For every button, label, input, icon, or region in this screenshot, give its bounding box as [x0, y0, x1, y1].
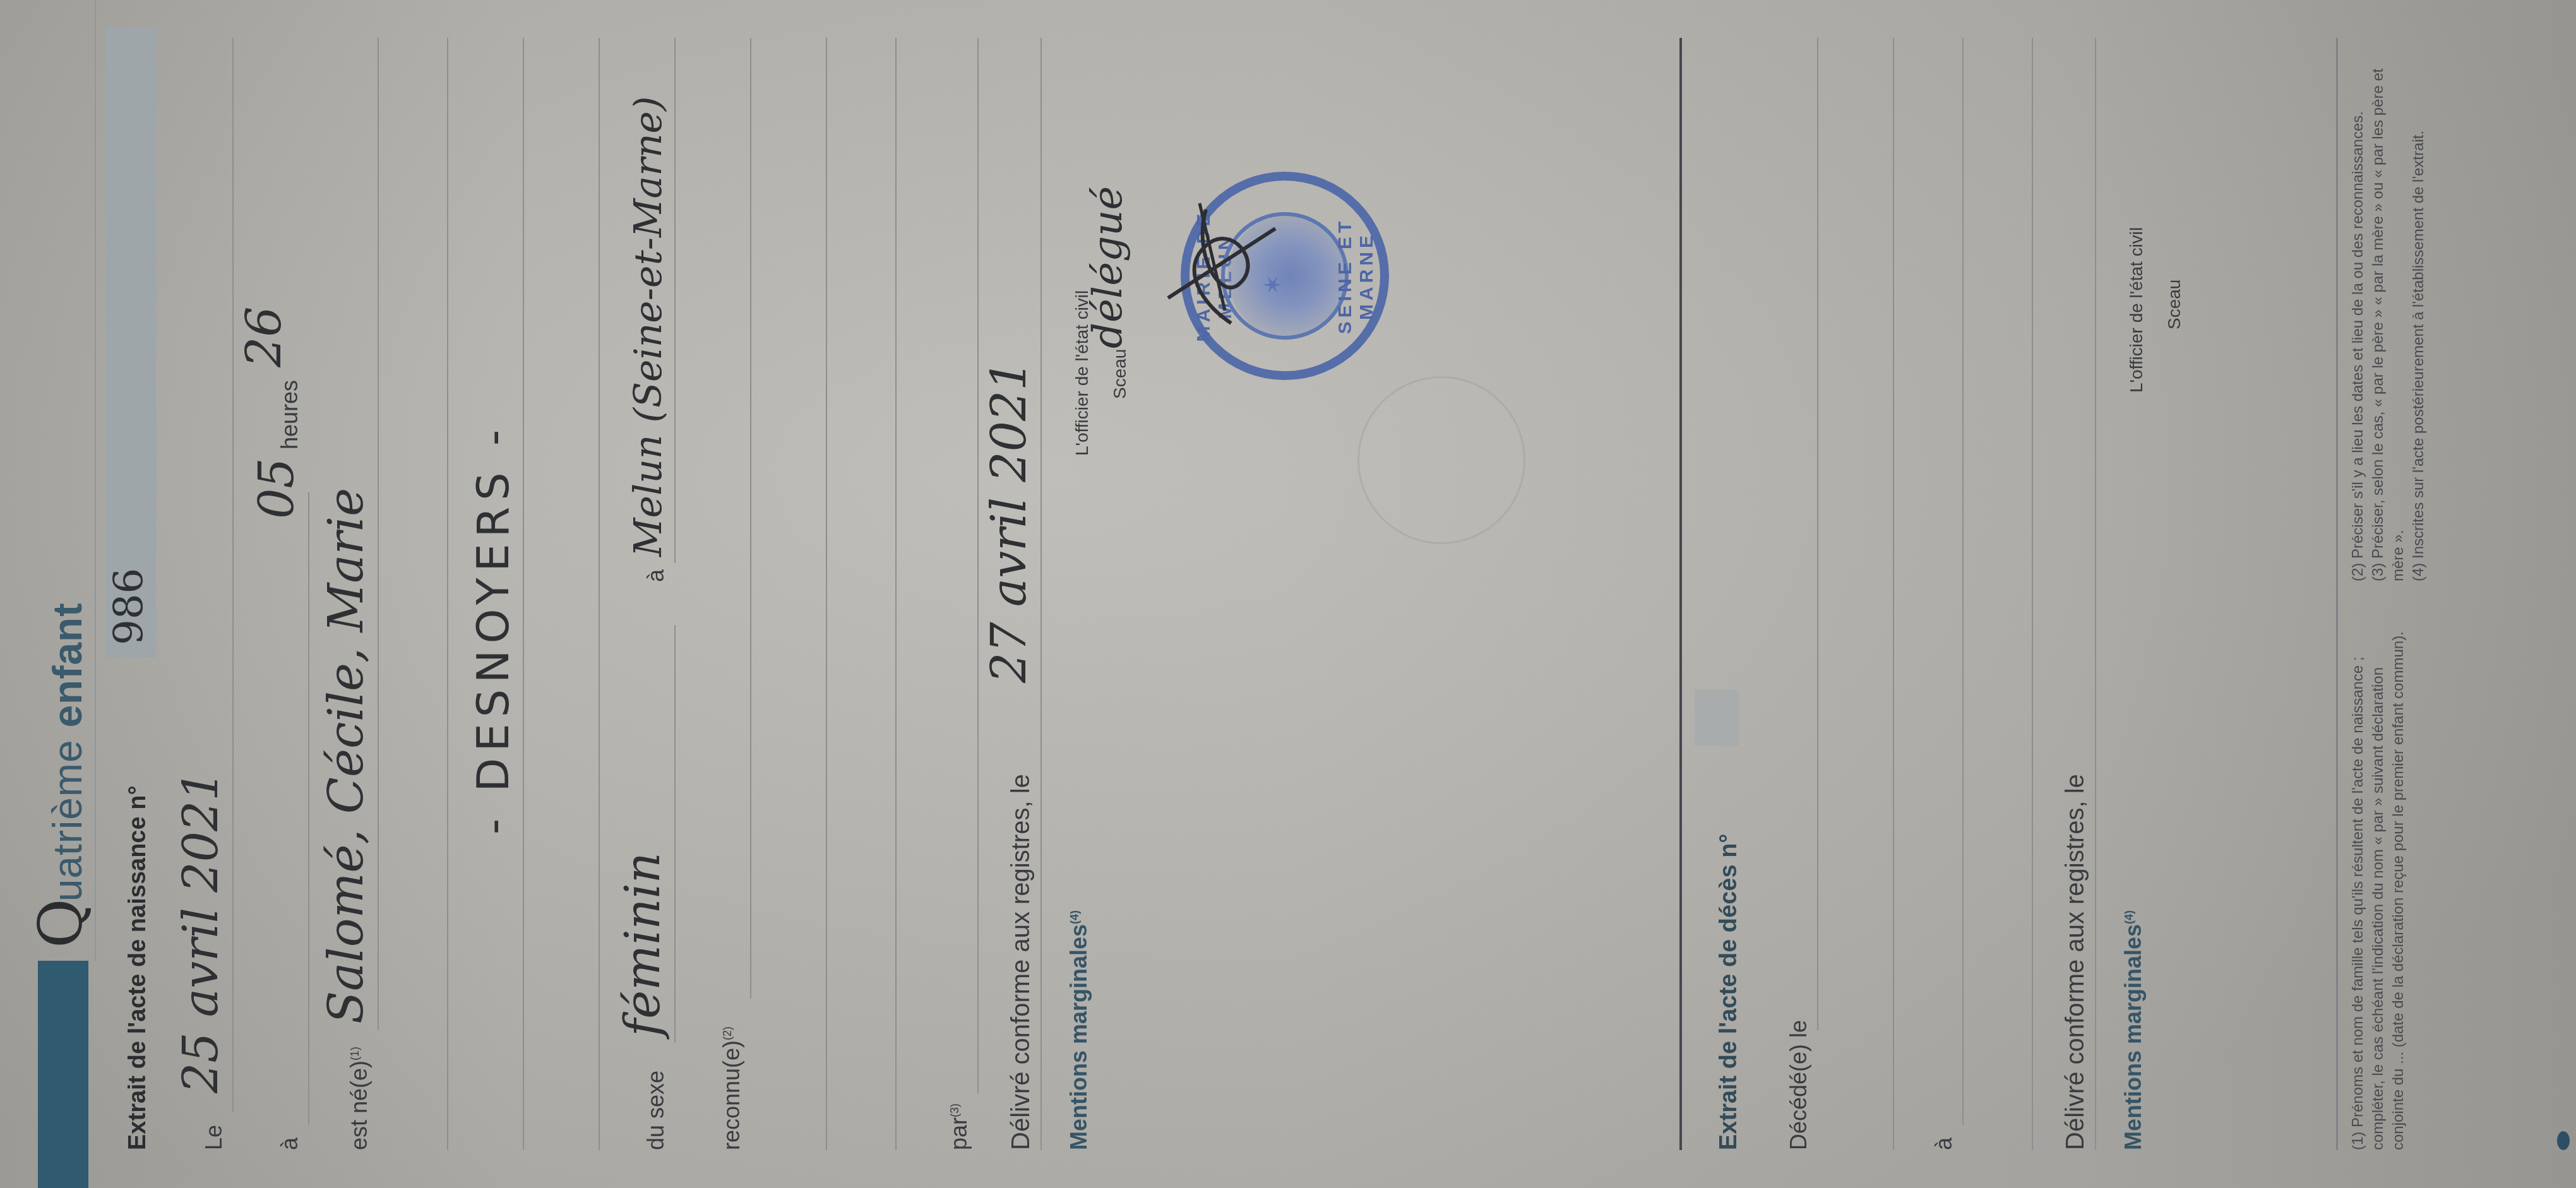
birth-heading-row: Extrait de l'acte de naissance n° 986	[107, 38, 164, 1150]
a-label: à	[277, 1138, 303, 1150]
reconnu-label: reconnu(e)(2)	[719, 1026, 745, 1150]
section-color-tab	[38, 961, 88, 1188]
death-seal-row: Sceau	[2140, 38, 2197, 1150]
blank-row	[777, 38, 833, 1150]
rule	[826, 38, 827, 1150]
rule	[447, 38, 448, 1150]
death-heading-row: Extrait de l'acte de décès n°	[1698, 38, 1755, 1150]
blank-row	[1983, 38, 2039, 1150]
rule	[1893, 38, 1894, 1150]
signature-scribble-icon	[1155, 197, 1282, 336]
seal-row: Sceau délégué	[1086, 38, 1143, 1150]
death-a-row: à	[1913, 38, 1970, 1150]
birth-minutes[interactable]: 26	[236, 306, 292, 367]
sex-place-row: du sexe féminin à Melun (Seine-et-Marne)	[625, 38, 682, 1150]
title-ordinal: uatrième	[45, 739, 90, 901]
footnotes: (1) Prénoms et nom de famille tels qu'il…	[2336, 38, 2576, 1150]
rule	[599, 38, 600, 1150]
title-initial: Q	[25, 898, 96, 948]
blank-row	[846, 38, 903, 1150]
delivre-row: Délivré conforme aux registres, le 27 av…	[991, 38, 1048, 1150]
section-divider	[1679, 38, 1682, 1150]
footnote-2-3: (2) Préciser s'il y a lieu les dates et …	[2348, 38, 2576, 581]
acte-number-box	[106, 27, 157, 658]
rule	[523, 38, 524, 1150]
par-row: par(3)	[928, 38, 985, 1150]
birth-heading: Extrait de l'acte de naissance n°	[124, 785, 152, 1150]
surname-row-blank	[398, 38, 455, 1150]
death-seal-label: Sceau	[2164, 280, 2185, 330]
blank-row	[549, 38, 606, 1150]
rule	[750, 38, 751, 999]
sexe-label: du sexe	[643, 1071, 669, 1150]
place-a-label: à	[643, 569, 669, 582]
birth-date-row: Le 25 avril 2021	[183, 38, 240, 1150]
delivre-date[interactable]: 27 avril 2021	[981, 360, 1037, 683]
delivre-label: Délivré conforme aux registres, le	[1007, 774, 1035, 1150]
decede-row: Décédé(e) le	[1768, 38, 1825, 1150]
reconnu-row: reconnu(e)(2)	[701, 38, 758, 1150]
livret-de-famille-page: Quatrième enfant Extrait de l'acte de na…	[0, 0, 2576, 1188]
rule	[674, 625, 676, 1043]
birth-date[interactable]: 25 avril 2021	[172, 770, 229, 1093]
seal-label: Sceau	[1110, 349, 1130, 399]
rule	[1817, 38, 1818, 1030]
est-nee-label: est né(e)(1)	[346, 1047, 373, 1150]
rule	[674, 38, 676, 563]
rule	[977, 38, 979, 1093]
first-names[interactable]: Salomé, Cécile, Marie	[318, 488, 374, 1024]
le-label: Le	[201, 1125, 227, 1150]
hours-label: heures	[277, 380, 303, 449]
death-delivre-label: Délivré conforme aux registres, le	[2061, 774, 2090, 1150]
birth-time-row: à 05 heures 26	[259, 38, 316, 1150]
decede-label: Décédé(e) le	[1786, 1020, 1812, 1150]
title-enfant: enfant	[45, 603, 90, 728]
rule	[1962, 38, 1964, 1125]
ghost-stamp-bleed	[1357, 376, 1525, 544]
rule	[1041, 38, 1042, 1150]
death-heading: Extrait de l'acte de décès n°	[1715, 833, 1743, 1150]
rule	[2095, 38, 2096, 1150]
place-value[interactable]: Melun (Seine-et-Marne)	[626, 97, 671, 557]
death-delivre-row: Délivré conforme aux registres, le	[2046, 38, 2102, 1150]
footnote-1: (1) Prénoms et nom de famille tels qu'il…	[2348, 607, 2576, 1150]
rule	[2032, 38, 2033, 1150]
rule	[895, 38, 897, 1150]
section-title: Quatrième enfant	[25, 603, 96, 948]
title-rule	[95, 0, 96, 961]
death-number-box[interactable]	[1695, 689, 1739, 746]
acte-number[interactable]: 986	[106, 568, 153, 645]
signature	[1155, 197, 1282, 336]
rule	[232, 38, 234, 1112]
ink-dot	[2557, 1131, 2570, 1150]
footnote-3: (3) Préciser, selon le cas, « par le pèr…	[2368, 38, 2409, 581]
blank-row	[1844, 38, 1900, 1150]
death-a-label: à	[1931, 1138, 1957, 1150]
officer-handwritten: délégué	[1085, 186, 1131, 348]
par-label: par(3)	[946, 1103, 972, 1150]
sexe-value[interactable]: féminin	[614, 852, 671, 1037]
rule	[378, 38, 379, 1030]
surname[interactable]: - DESNOYERS -	[467, 424, 519, 835]
footnote-4: (4) Inscrites sur l'acte postérieurement…	[2409, 38, 2429, 581]
birth-hour[interactable]: 05	[248, 458, 304, 519]
stamp-bottom-text: SEINE ET MARNE	[1335, 181, 1378, 371]
surname-row: - DESNOYERS -	[474, 38, 530, 1150]
first-names-row: est né(e)(1) Salomé, Cécile, Marie	[328, 38, 385, 1150]
footnote-2: (2) Préciser s'il y a lieu les dates et …	[2348, 38, 2368, 581]
rule	[308, 492, 309, 1125]
